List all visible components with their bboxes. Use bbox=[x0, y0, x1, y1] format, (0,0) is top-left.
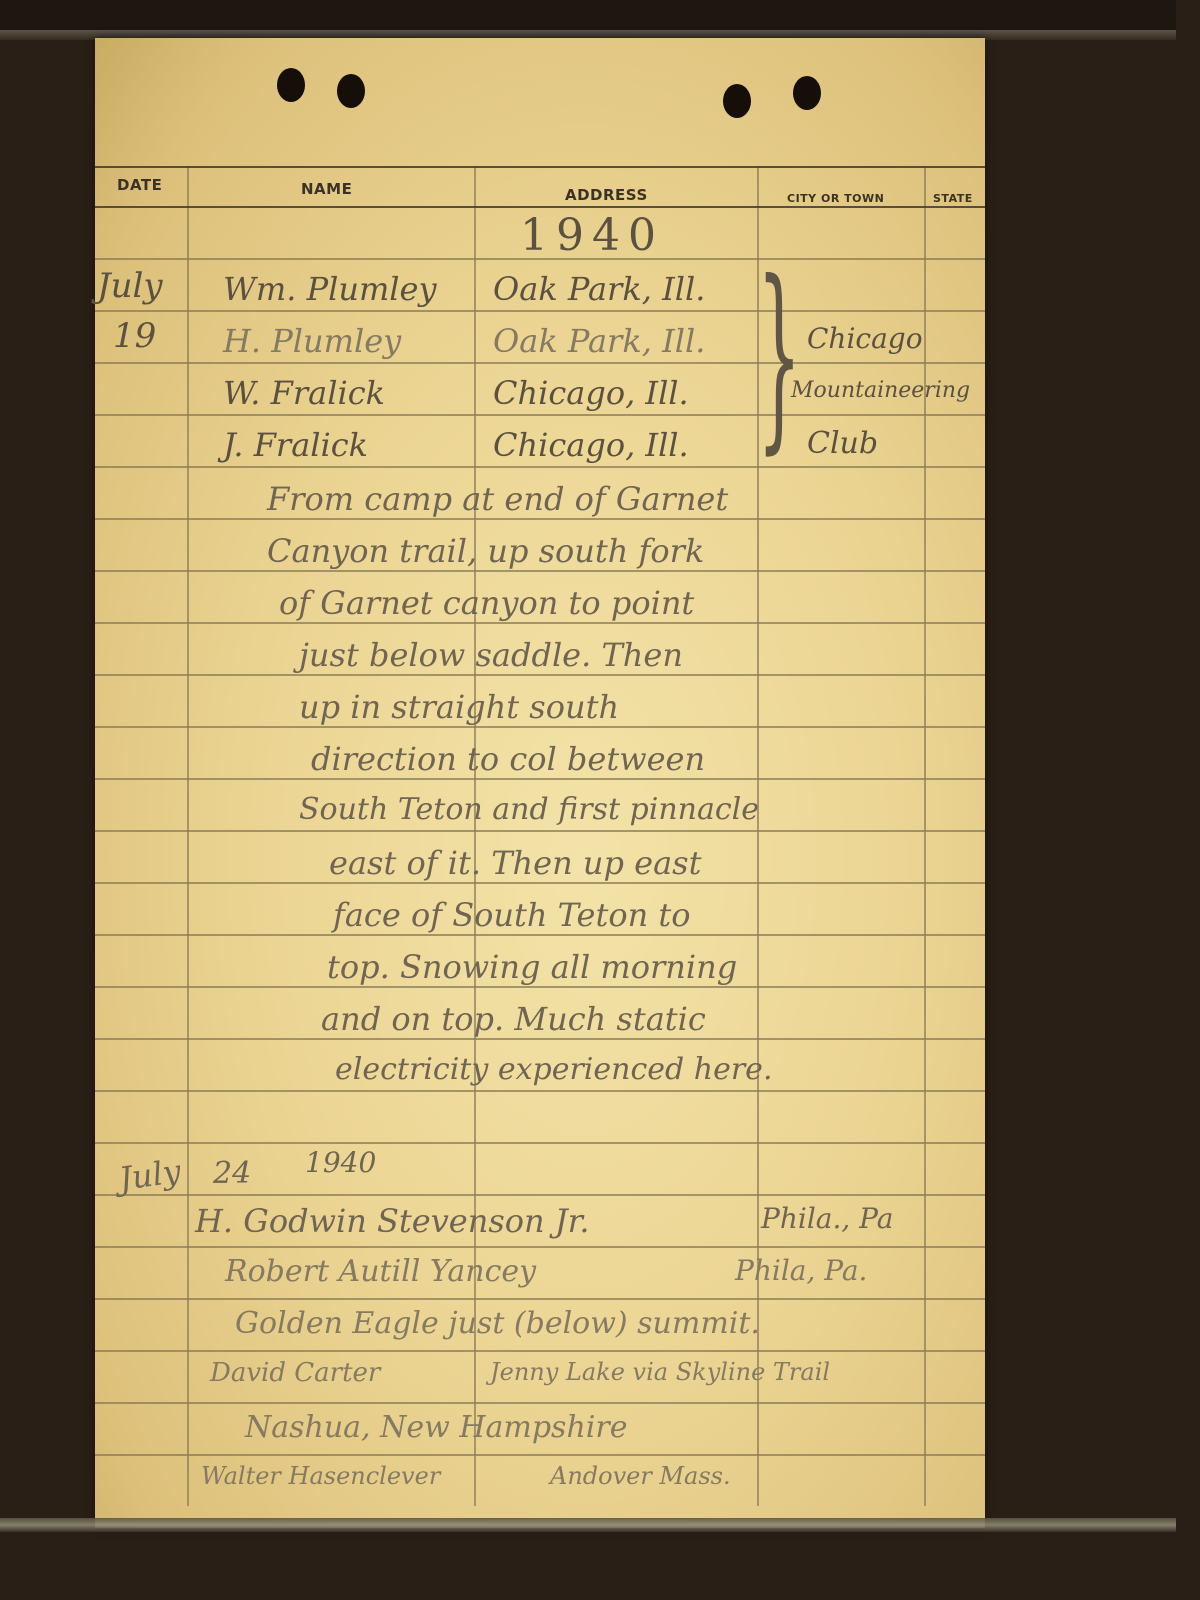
punch-hole-3 bbox=[723, 84, 751, 118]
entry-year: 1940 bbox=[305, 1146, 376, 1179]
climber-name: Walter Hasenclever bbox=[201, 1462, 440, 1490]
row-rule bbox=[95, 934, 985, 936]
route-note-line: east of it. Then up east bbox=[329, 844, 701, 882]
climber-address: Chicago, Ill. bbox=[493, 426, 689, 464]
register-page: DATE NAME ADDRESS CITY OR TOWN STATE 194… bbox=[95, 38, 985, 1528]
climber-address: Andover Mass. bbox=[550, 1462, 731, 1490]
entry-date-month: July bbox=[117, 1152, 183, 1198]
climber-hometown: Nashua, New Hampshire bbox=[245, 1410, 627, 1445]
row-rule bbox=[95, 1350, 985, 1352]
column-header-city: CITY OR TOWN bbox=[787, 192, 884, 205]
column-rule bbox=[187, 166, 189, 1506]
row-rule bbox=[95, 518, 985, 520]
climber-name: H. Godwin Stevenson Jr. bbox=[195, 1202, 590, 1240]
column-header-name: NAME bbox=[301, 180, 352, 198]
row-rule bbox=[95, 466, 985, 468]
grouping-brace-icon: } bbox=[757, 256, 802, 456]
row-rule bbox=[95, 830, 985, 832]
row-rule bbox=[95, 310, 985, 312]
punch-hole-4 bbox=[793, 76, 821, 110]
header-top-rule bbox=[95, 166, 985, 168]
punch-hole-2 bbox=[337, 74, 365, 108]
route-note-line: electricity experienced here. bbox=[335, 1052, 772, 1087]
club-name-line: Chicago bbox=[807, 322, 923, 355]
row-rule bbox=[95, 674, 985, 676]
club-name-line: Club bbox=[807, 426, 878, 461]
row-rule bbox=[95, 882, 985, 884]
column-header-date: DATE bbox=[117, 176, 162, 194]
column-header-address: ADDRESS bbox=[565, 186, 648, 204]
route-note-line: face of South Teton to bbox=[333, 896, 691, 934]
climber-name: J. Fralick bbox=[223, 426, 368, 464]
row-rule bbox=[95, 1038, 985, 1040]
column-header-state: STATE bbox=[933, 192, 973, 205]
route-note-line: just below saddle. Then bbox=[299, 636, 683, 674]
column-rule bbox=[474, 166, 476, 1506]
climber-route: Jenny Lake via Skyline Trail bbox=[490, 1358, 830, 1386]
climber-name: H. Plumley bbox=[223, 322, 401, 360]
glass-glare-bottom bbox=[0, 1518, 1176, 1532]
climber-name: W. Fralick bbox=[223, 374, 385, 412]
route-note-line: up in straight south bbox=[299, 688, 619, 726]
climber-name: Robert Autill Yancey bbox=[225, 1254, 536, 1289]
header-bottom-rule bbox=[95, 206, 985, 208]
entry-date-day: 24 bbox=[213, 1156, 251, 1191]
row-rule bbox=[95, 1142, 985, 1144]
climber-address: Oak Park, Ill. bbox=[493, 270, 705, 308]
row-rule bbox=[95, 622, 985, 624]
entry-date-day: 19 bbox=[113, 316, 156, 356]
row-rule bbox=[95, 726, 985, 728]
climber-name: David Carter bbox=[210, 1358, 380, 1388]
row-rule bbox=[95, 570, 985, 572]
row-rule bbox=[95, 778, 985, 780]
row-rule bbox=[95, 414, 985, 416]
entry-date-month: July bbox=[97, 266, 163, 306]
climber-address: Oak Park, Ill. bbox=[493, 322, 705, 360]
climber-address: Chicago, Ill. bbox=[493, 374, 689, 412]
route-note-line: South Teton and first pinnacle bbox=[299, 792, 759, 827]
route-note-line: Canyon trail, up south fork bbox=[267, 532, 704, 570]
route-note-line: and on top. Much static bbox=[321, 1000, 706, 1038]
row-rule bbox=[95, 1090, 985, 1092]
row-rule bbox=[95, 1402, 985, 1404]
row-rule bbox=[95, 986, 985, 988]
route-note-line: of Garnet canyon to point bbox=[279, 584, 694, 622]
club-name-line: Mountaineering bbox=[791, 378, 970, 403]
row-rule bbox=[95, 1194, 985, 1196]
year-heading: 1940 bbox=[520, 210, 664, 261]
column-rule bbox=[924, 166, 926, 1506]
ledger-table: DATE NAME ADDRESS CITY OR TOWN STATE 194… bbox=[95, 166, 985, 1506]
climber-name: Wm. Plumley bbox=[223, 270, 437, 308]
climber-city: Phila, Pa. bbox=[735, 1254, 867, 1287]
row-rule bbox=[95, 1298, 985, 1300]
route-note-line: top. Snowing all morning bbox=[327, 948, 737, 986]
route-note-line: direction to col between bbox=[311, 740, 705, 778]
row-rule bbox=[95, 1246, 985, 1248]
climber-city: Phila., Pa bbox=[761, 1202, 893, 1235]
row-rule bbox=[95, 1454, 985, 1456]
observation-note: Golden Eagle just (below) summit. bbox=[235, 1306, 760, 1341]
punch-hole-1 bbox=[277, 68, 305, 102]
route-note-line: From camp at end of Garnet bbox=[267, 480, 728, 518]
row-rule bbox=[95, 362, 985, 364]
